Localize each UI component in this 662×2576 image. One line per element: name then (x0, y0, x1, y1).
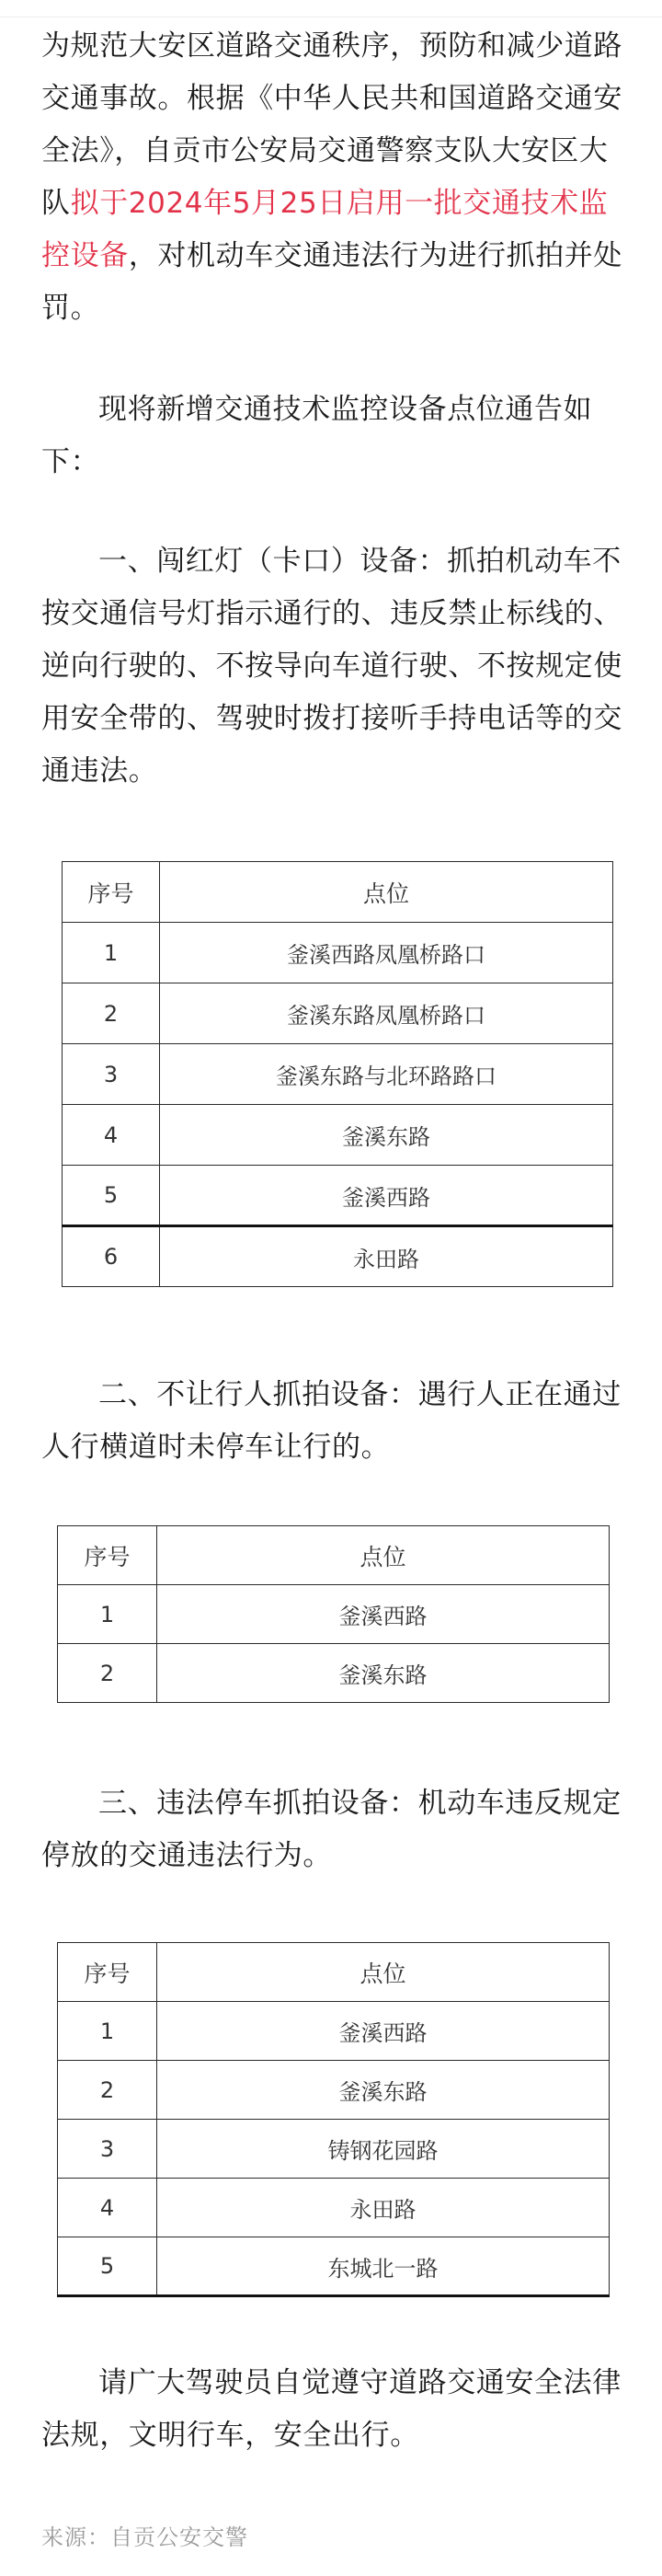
cell-no: 2 (63, 983, 160, 1044)
cell-location: 釜溪西路 (157, 1585, 610, 1644)
table-row: 1釜溪西路凤凰桥路口 (63, 923, 613, 983)
cell-location: 釜溪东路与北环路路口 (160, 1044, 613, 1105)
cell-no: 1 (58, 2002, 157, 2061)
table-red-light-spots: 序号 点位 1釜溪西路凤凰桥路口 2釜溪东路凤凰桥路口 3釜溪东路与北环路路口 … (62, 861, 613, 1287)
section-2-text: 二、不让行人抓拍设备：遇行人正在通过人行横道时未停车让行的。 (41, 1369, 626, 1474)
table-row: 3铸钢花园路 (58, 2120, 610, 2179)
cell-location: 釜溪东路 (157, 1644, 610, 1703)
header-no: 序号 (58, 1526, 157, 1585)
header-location: 点位 (160, 862, 613, 923)
cell-location: 釜溪东路 (160, 1105, 613, 1166)
table-row: 5釜溪西路 (63, 1166, 613, 1226)
header-location: 点位 (157, 1526, 610, 1585)
table-row: 5东城北一路 (58, 2237, 610, 2296)
cell-no: 2 (58, 1644, 157, 1703)
header-location: 点位 (157, 1943, 610, 2002)
intro-paragraph: 为规范大安区道路交通秩序，预防和减少道路交通事故。根据《中华人民共和国道路交通安… (41, 20, 626, 335)
cell-no: 5 (58, 2237, 157, 2296)
cell-location: 釜溪西路 (157, 2002, 610, 2061)
source-credit: 来源：自贡公安交警 (41, 2519, 248, 2551)
table-row: 4永田路 (58, 2179, 610, 2237)
table-parking-spots: 序号 点位 1釜溪西路 2釜溪东路 3铸钢花园路 4永田路 5东城北一路 (57, 1942, 610, 2297)
cell-location: 永田路 (160, 1226, 613, 1287)
cell-no: 1 (63, 923, 160, 983)
cell-no: 2 (58, 2061, 157, 2120)
cell-location: 釜溪东路 (157, 2061, 610, 2120)
closing-paragraph: 请广大驾驶员自觉遵守道路交通安全法律法规，文明行车，安全出行。 (41, 2357, 626, 2462)
table-header-row: 序号 点位 (58, 1943, 610, 2002)
cell-location: 釜溪东路凤凰桥路口 (160, 983, 613, 1044)
section-1-text: 一、闯红灯（卡口）设备：抓拍机动车不按交通信号灯指示通行的、违反禁止标线的、逆向… (41, 535, 626, 798)
cell-no: 5 (63, 1166, 160, 1226)
cell-location: 东城北一路 (157, 2237, 610, 2296)
cell-no: 4 (58, 2179, 157, 2237)
cell-no: 1 (58, 1585, 157, 1644)
table-row: 2釜溪东路 (58, 2061, 610, 2120)
header-no: 序号 (58, 1943, 157, 2002)
cell-no: 3 (58, 2120, 157, 2179)
top-divider (0, 17, 662, 17)
table-header-row: 序号 点位 (58, 1526, 610, 1585)
table-pedestrian-spots: 序号 点位 1釜溪西路 2釜溪东路 (57, 1525, 610, 1703)
header-no: 序号 (63, 862, 160, 923)
cell-location: 铸钢花园路 (157, 2120, 610, 2179)
cell-no: 6 (63, 1226, 160, 1287)
cell-location: 釜溪西路 (160, 1166, 613, 1226)
table-row: 3釜溪东路与北环路路口 (63, 1044, 613, 1105)
table-row: 6永田路 (63, 1226, 613, 1287)
cell-no: 4 (63, 1105, 160, 1166)
intro-text-end: ，对机动车交通违法行为进行抓拍并处罚。 (41, 239, 622, 325)
cell-location: 釜溪西路凤凰桥路口 (160, 923, 613, 983)
table-header-row: 序号 点位 (63, 862, 613, 923)
notice-lead: 现将新增交通技术监控设备点位通告如下： (41, 384, 626, 489)
cell-no: 3 (63, 1044, 160, 1105)
cell-location: 永田路 (157, 2179, 610, 2237)
section-3-text: 三、违法停车抓拍设备：机动车违反规定停放的交通违法行为。 (41, 1777, 626, 1882)
table-row: 2釜溪东路 (58, 1644, 610, 1703)
table-row: 1釜溪西路 (58, 2002, 610, 2061)
table-row: 2釜溪东路凤凰桥路口 (63, 983, 613, 1044)
table-row: 4釜溪东路 (63, 1105, 613, 1166)
table-row: 1釜溪西路 (58, 1585, 610, 1644)
